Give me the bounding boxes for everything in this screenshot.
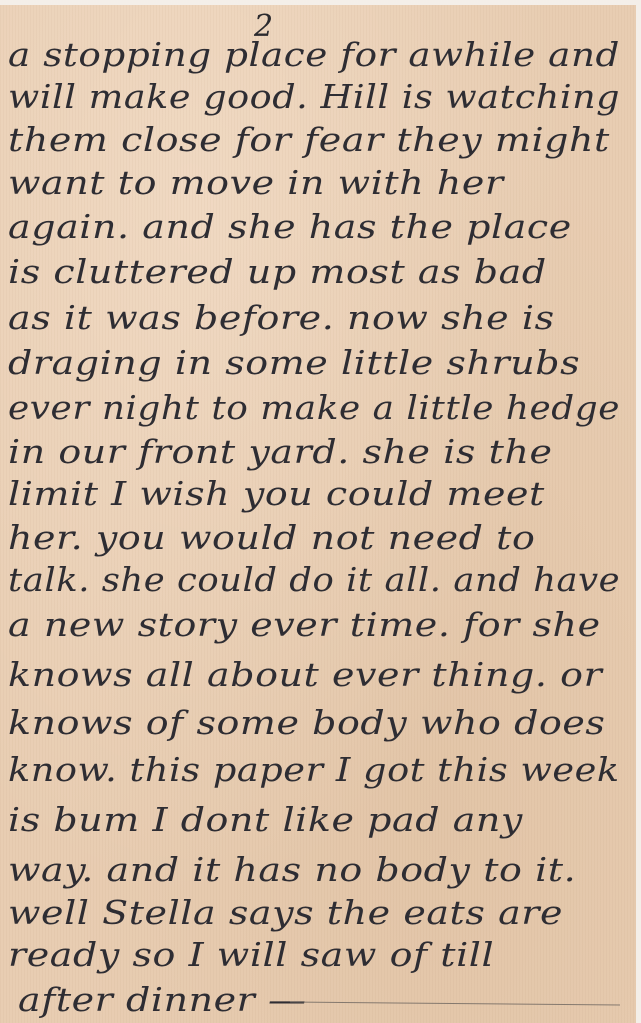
text-line: again. and she has the place (8, 207, 572, 246)
text-line: a new story ever time. for she (8, 605, 601, 644)
text-line: knows of some body who does (8, 703, 605, 742)
letter-page: 2 a stopping place for awhile and will m… (0, 5, 636, 1023)
text-line: draging in some little shrubs (8, 343, 580, 382)
text-line: after dinner — (18, 980, 307, 1019)
closing-dash-line (290, 1002, 620, 1006)
text-line: is cluttered up most as bad (8, 252, 547, 291)
text-line: know. this paper I got this week (8, 750, 620, 789)
text-line: well Stella says the eats are (8, 893, 563, 932)
text-line: in our front yard. she is the (8, 432, 553, 471)
text-line: talk. she could do it all. and have (8, 560, 620, 599)
text-line: knows all about ever thing. or (8, 655, 602, 694)
text-line: will make good. Hill is watching (8, 77, 620, 116)
text-line: them close for fear they might (8, 120, 610, 159)
text-line: want to move in with her (8, 163, 504, 202)
text-line: ready so I will saw of till (8, 935, 494, 974)
text-line: way. and it has no body to it. (8, 850, 576, 889)
text-line: limit I wish you could meet (8, 474, 545, 513)
text-line: her. you would not need to (8, 518, 535, 557)
text-line: is bum I dont like pad any (8, 800, 523, 839)
text-line: a stopping place for awhile and (8, 35, 620, 74)
text-line: as it was before. now she is (8, 298, 555, 337)
text-line: ever night to make a little hedge (8, 388, 620, 427)
